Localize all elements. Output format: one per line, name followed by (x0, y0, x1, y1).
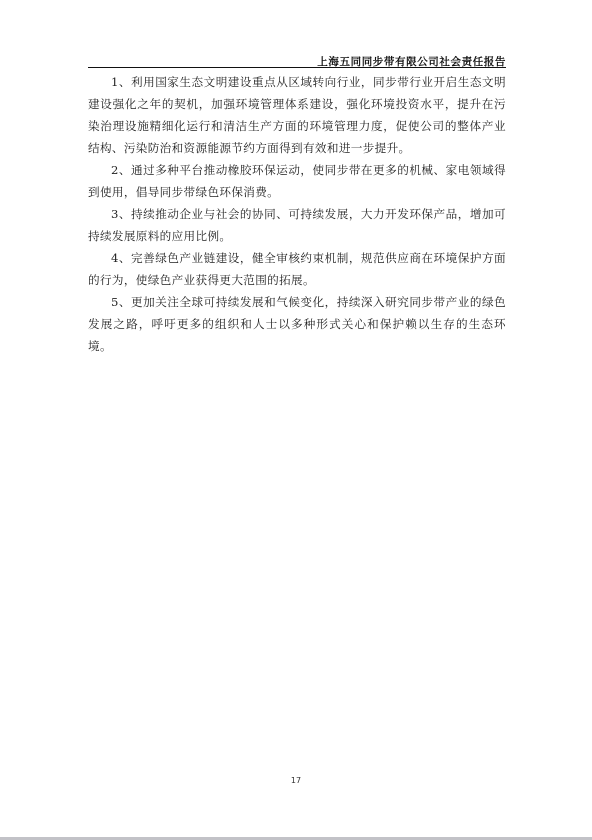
paragraph-5: 5、更加关注全球可持续发展和气候变化，持续深入研究同步带产业的绿色发展之路，呼吁… (88, 291, 506, 357)
paragraph-1: 1、利用国家生态文明建设重点从区域转向行业，同步带行业开启生态文明建设强化之年的… (88, 71, 506, 159)
body-text: 1、利用国家生态文明建设重点从区域转向行业，同步带行业开启生态文明建设强化之年的… (88, 71, 506, 357)
paragraph-2: 2、通过多种平台推动橡胶环保运动，使同步带在更多的机械、家电领域得到使用，倡导同… (88, 159, 506, 203)
paragraph-4: 4、完善绿色产业链建设，健全审核约束机制，规范供应商在环境保护方面的行为，使绿色… (88, 247, 506, 291)
page-number: 17 (0, 776, 592, 785)
report-title: 上海五同同步带有限公司社会责任报告 (317, 56, 506, 68)
document-page: 上海五同同步带有限公司社会责任报告 1、利用国家生态文明建设重点从区域转向行业，… (0, 0, 592, 837)
paragraph-3: 3、持续推动企业与社会的协同、可持续发展，大力开发环保产品，增加可持续发展原料的… (88, 203, 506, 247)
running-header: 上海五同同步带有限公司社会责任报告 (88, 50, 506, 68)
